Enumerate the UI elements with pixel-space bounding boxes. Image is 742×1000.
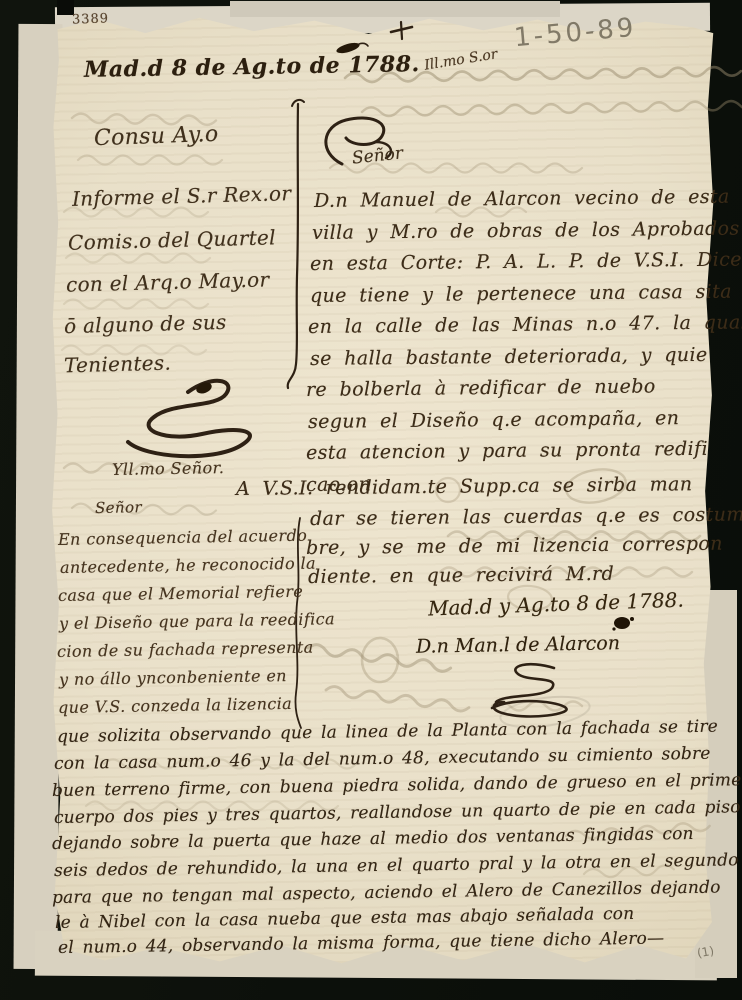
petition-request-line: diente. en que recivirá M.rd: [308, 563, 614, 588]
ink-cross-mark: [388, 20, 416, 42]
petition-body-line: esta atencion y para su pronta redifi: [306, 438, 708, 464]
petition-body-line: villa y M.ro de obras de los Aprobados: [312, 218, 740, 244]
petition-body-line: se halla bastante deteriorada, y quie: [310, 344, 708, 370]
rubric-flourish: [118, 372, 268, 457]
report-heading: Yll.mo Señor.: [112, 458, 225, 479]
margin-note-title: Consu Ay.o: [94, 122, 219, 151]
signature-rubric: [468, 658, 588, 720]
petition-body-line: en la calle de las Minas n.o 47. la qual: [308, 311, 742, 338]
report-line: y no állo ynconbeniente en: [59, 666, 287, 689]
margin-note-line: ō alguno de sus: [64, 310, 227, 338]
manuscript-scan: 3389 1-50-89 (1) Mad.d 8 de Ag.to de 178…: [0, 0, 742, 1000]
report-salutation: Señor: [95, 498, 142, 517]
signature-name: D.n Man.l de Alarcon: [416, 632, 620, 658]
petition-body-line: segun el Diseño q.e acompaña, en: [308, 407, 680, 433]
petition-body-line: D.n Manuel de Alarcon vecino de esta: [314, 186, 730, 212]
petition-body-line: que tiene y le pertenece una casa sita: [310, 281, 732, 307]
catalog-number: 3389: [72, 11, 110, 27]
petition-request-line: bre, y se me de mi lizencia correspon: [306, 533, 723, 559]
ink-blot: [610, 614, 636, 634]
petition-request-line: dar se tieren las cuerdas q.e es costum: [310, 503, 742, 530]
petition-body-line: en esta Corte: P. A. L. P. de V.S.I. Dic…: [310, 248, 742, 275]
page-mark: (1): [696, 944, 715, 961]
petition-body-line: re bolberla à redificar de nuebo: [306, 375, 656, 401]
